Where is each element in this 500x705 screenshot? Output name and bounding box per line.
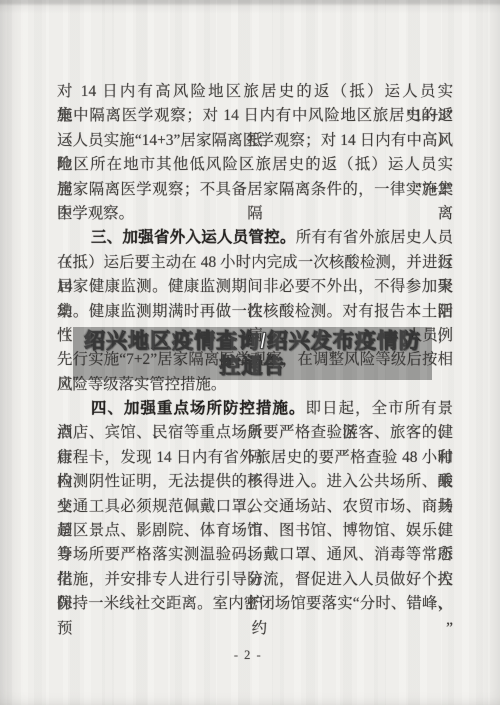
scanned-document-page: 对 14 日内有高风险地区旅居史的返（抵）运人员实施“14+3”集中隔离医学观察… — [0, 0, 500, 705]
doc-text-segment: 保持一米线社交距离。室内密闭场馆要落实“分时、错峰、预约” — [57, 595, 453, 636]
doc-text-fragment: （ — [57, 324, 72, 348]
doc-line: 地区所在地市其他低风险区旅居史的返（抵）运人员实施“7+2” — [57, 153, 453, 177]
doc-line: 等场所要严格落实测温验码、戴口罩、通风、消毒等常态化防控 — [57, 543, 453, 567]
caption-overlay: 绍兴地区疫情查询/绍兴发布疫情防 控通告 — [73, 327, 432, 380]
doc-line: 四、加强重点场所防控措施。即日起，全市所有景点、景区、 — [57, 397, 453, 421]
doc-line: 措施，并安排专人进行引导分流，督促进入人员做好个人防护， — [57, 568, 453, 592]
caption-title-line-2: 控通告 — [220, 354, 286, 379]
doc-line: 三、加强省外入运人员管控。所有有省外旅居史人员在返 — [57, 226, 453, 250]
doc-line: 酒店、宾馆、民宿等重点场所要严格查验游客、旅客的健康码和 — [57, 421, 453, 445]
doc-line: 集中隔离医学观察；对 14 日内有中风险地区旅居史的返（抵） — [57, 104, 453, 128]
doc-line: 保持一米线社交距离。室内密闭场馆要落实“分时、错峰、预约” — [57, 592, 453, 616]
page-number: - 2 - — [0, 648, 496, 663]
doc-line: 居家隔离医学观察；不具备居家隔离条件的，一律实施集中隔离 — [57, 178, 453, 202]
doc-line: 对 14 日内有高风险地区旅居史的返（抵）运人员实施“14+3” — [57, 80, 453, 104]
doc-line: 交通工具必须规范佩戴口罩。交通场站、农贸市场、商场超市、 — [57, 495, 453, 519]
doc-line: 行程卡，发现 14 日内有省外旅居史的要严格查验 48 小时内核酸 — [57, 446, 453, 470]
doc-line: （抵）运后要主动在 48 小时内完成一次核酸检测，并进行 14 天 — [57, 251, 453, 275]
doc-line: 检测阴性证明，无法提供的不得进入。进入公共场所、乘坐公共 — [57, 470, 453, 494]
doc-heading-segment: 三、加强省外入运人员管控。 — [91, 229, 296, 246]
doc-line: 运人员实施“14+3”居家隔离医学观察；对 14 日内有中高风险 — [57, 129, 453, 153]
doc-line: 动。健康监测期满时再做一次核酸检测。对有报告本土阳性病例 — [57, 300, 453, 324]
doc-line: 景区景点、影剧院、体育场馆、图书馆、博物馆、娱乐健身场所 — [57, 519, 453, 543]
doc-heading-segment: 四、加强重点场所防控措施。 — [91, 400, 306, 417]
caption-title-line-1: 绍兴地区疫情查询/绍兴发布疫情防 — [84, 329, 421, 354]
doc-text-segment: 医学观察。 — [57, 205, 134, 222]
doc-line: 居家健康监测。健康监测期间非必要不外出，不得参加聚集性活 — [57, 275, 453, 299]
